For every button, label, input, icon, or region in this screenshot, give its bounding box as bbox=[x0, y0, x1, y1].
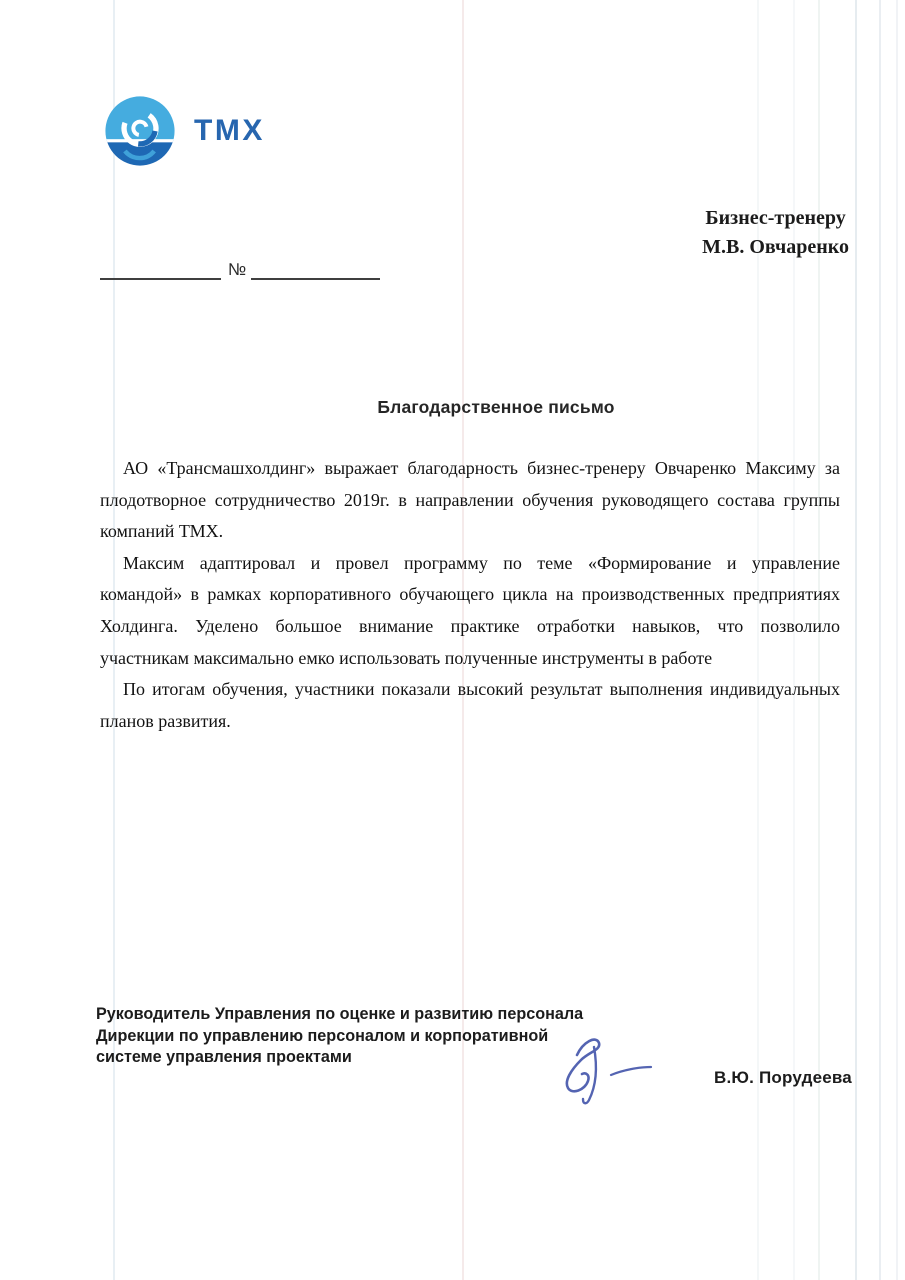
date-blank-line bbox=[100, 258, 221, 280]
scan-artifact-line bbox=[896, 0, 898, 1280]
numero-sign: № bbox=[228, 260, 246, 280]
letter-body: АО «Трансмашхолдинг» выражает благодарно… bbox=[100, 453, 840, 737]
body-line: Максим адаптировал и провел программу по… bbox=[100, 548, 840, 580]
recipient-role: Бизнес-тренеру bbox=[702, 204, 849, 233]
reference-line: № bbox=[100, 258, 380, 280]
recipient-name: М.В. Овчаренко bbox=[702, 233, 849, 262]
body-line: плодотворное сотрудничество 2019г. в нап… bbox=[100, 485, 840, 517]
signoff-role-line: системе управления проектами bbox=[96, 1047, 583, 1069]
scan-artifact-line bbox=[879, 0, 881, 1280]
signoff-name: В.Ю. Порудеева bbox=[714, 1068, 852, 1088]
scan-artifact-line bbox=[855, 0, 857, 1280]
letter-page: ТМХ Бизнес-тренеру М.В. Овчаренко № Благ… bbox=[0, 0, 905, 1280]
body-line: Холдинга. Уделено большое внимание практ… bbox=[100, 611, 840, 643]
body-line: компаний ТМХ. bbox=[100, 516, 840, 548]
signoff-role-line: Дирекции по управлению персоналом и корп… bbox=[96, 1026, 583, 1048]
body-line: планов развития. bbox=[100, 706, 840, 738]
number-blank-line bbox=[251, 258, 380, 280]
tmx-brand-text: ТМХ bbox=[194, 114, 265, 148]
body-line: участникам максимально емко использовать… bbox=[100, 643, 840, 675]
signoff-role: Руководитель Управления по оценке и разв… bbox=[96, 1004, 583, 1069]
letter-title: Благодарственное письмо bbox=[100, 397, 840, 418]
signoff-role-line: Руководитель Управления по оценке и разв… bbox=[96, 1004, 583, 1026]
signature-ink-icon bbox=[537, 1026, 677, 1121]
body-line: командой» в рамках корпоративного обучаю… bbox=[100, 579, 840, 611]
tmx-logo-icon bbox=[101, 92, 179, 170]
tmx-logo: ТМХ bbox=[101, 92, 265, 170]
recipient-block: Бизнес-тренеру М.В. Овчаренко bbox=[702, 204, 849, 262]
body-line: АО «Трансмашхолдинг» выражает благодарно… bbox=[100, 453, 840, 485]
body-line: По итогам обучения, участники показали в… bbox=[100, 674, 840, 706]
